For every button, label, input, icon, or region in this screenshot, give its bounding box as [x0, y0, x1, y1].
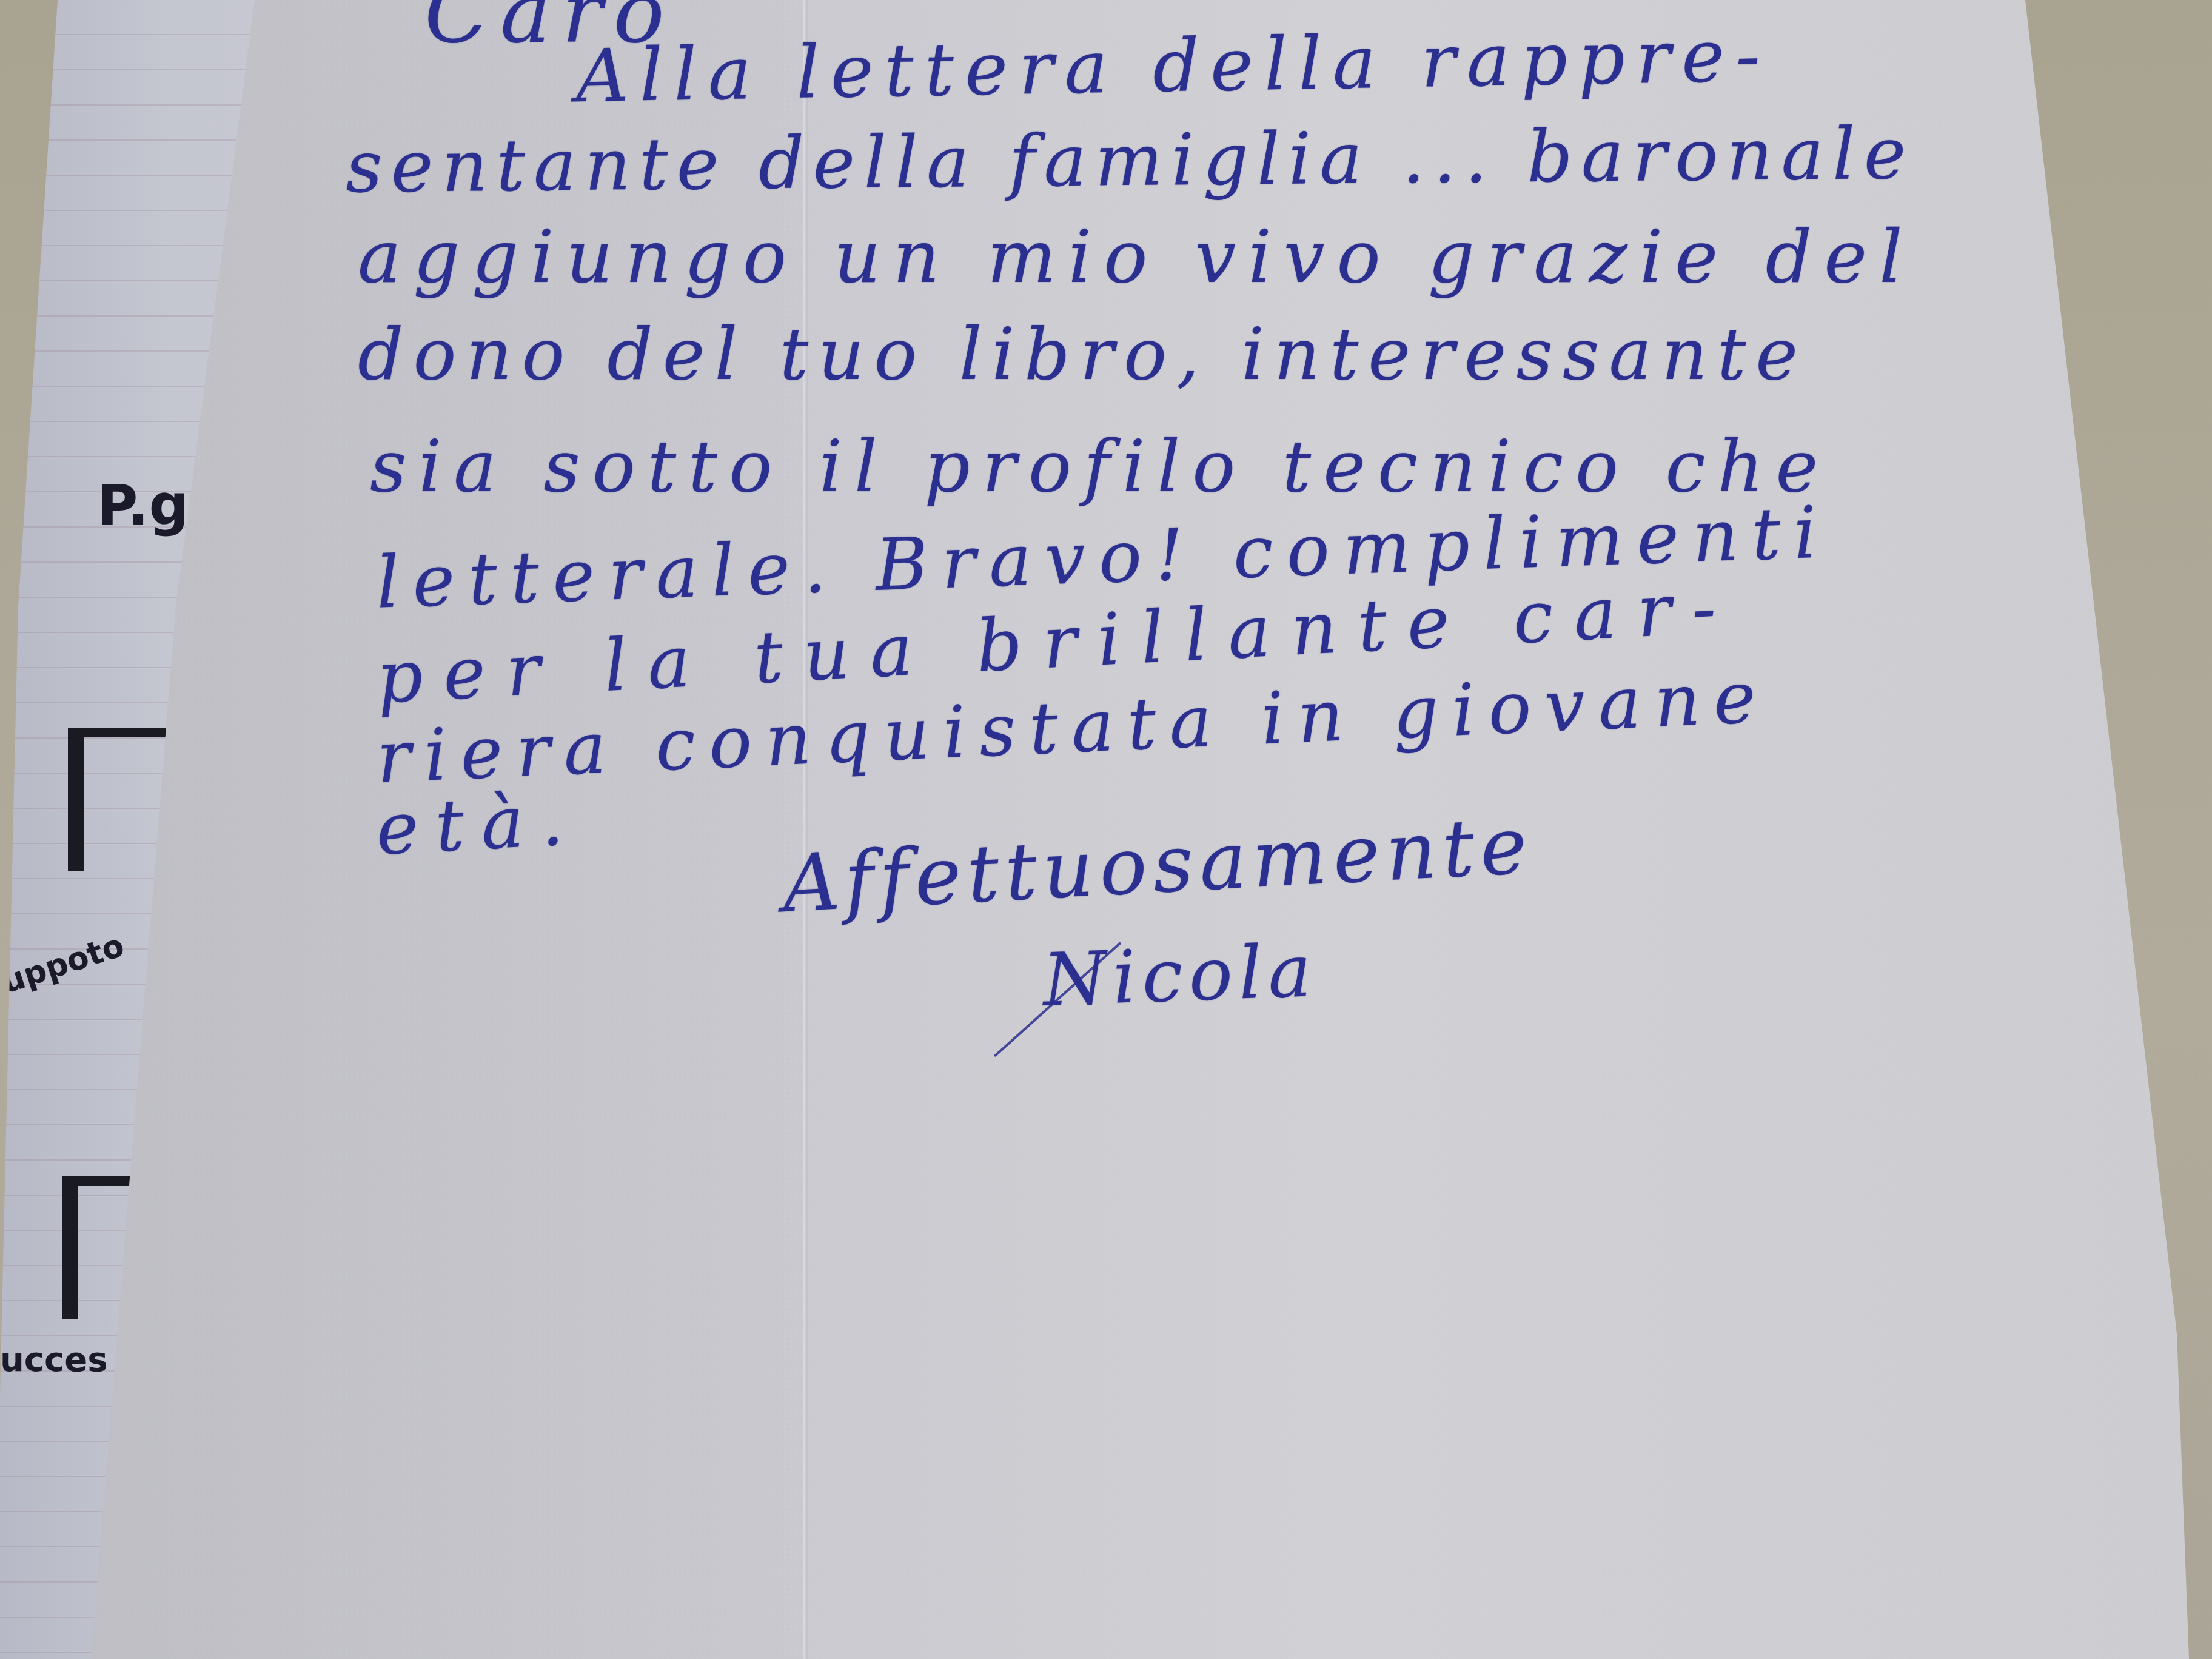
letter-line: dono del tuo libro, interessante — [358, 312, 1808, 396]
notebook-fragment: P.g — [97, 473, 189, 538]
letter-sheet: Caro Alla lettera della rappre- sentante… — [0, 0, 2212, 1659]
letter-line: aggiungo un mio vivo grazie del — [358, 215, 1915, 300]
letter-line: sia sotto il profilo tecnico che — [370, 424, 1830, 508]
notebook-fragment: ucces — [0, 1340, 108, 1379]
letter-line: sentante della famiglia ... baronale — [345, 112, 1915, 209]
letter-line: età. — [374, 777, 583, 871]
letter-closing: Affettuosamente — [780, 799, 1535, 931]
